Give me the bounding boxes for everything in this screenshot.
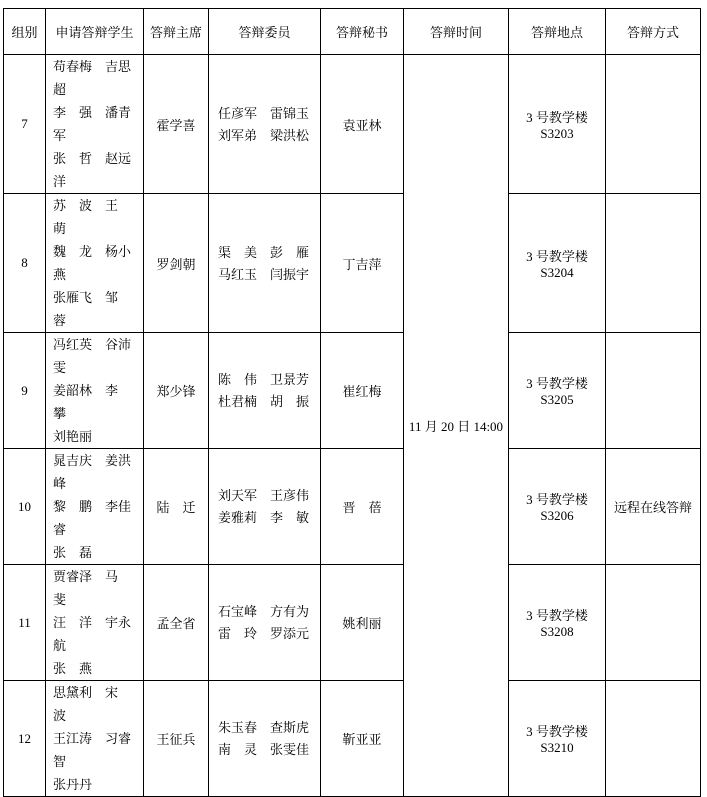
student-line: 冯红英 谷沛雯 — [53, 333, 141, 379]
committee-line: 刘军弟 梁洪松 — [218, 128, 318, 143]
table-row-group-9: 9 冯红英 谷沛雯 姜韶林 李 攀 刘艳丽 郑少锋 陈 伟 卫景芳 杜君楠 胡 … — [4, 333, 701, 449]
students-cell: 贾睿泽 马 斐 汪 洋 宇永航 张 燕 — [46, 565, 144, 681]
student-line: 苟春梅 吉思超 — [53, 55, 141, 101]
student-line: 张丹丹 — [53, 773, 141, 796]
table-row-group-10: 10 晁吉庆 姜洪峰 黎 鹏 李佳睿 张 磊 陆 迁 刘天军 王彦伟 姜雅莉 李… — [4, 449, 701, 565]
group-number: 9 — [4, 333, 46, 449]
student-line: 李 强 潘青军 — [53, 101, 141, 147]
student-line: 苏 波 王 萌 — [53, 194, 141, 240]
secretary-cell: 晋 蓓 — [321, 449, 404, 565]
student-line: 晁吉庆 姜洪峰 — [53, 449, 141, 495]
students-cell: 晁吉庆 姜洪峰 黎 鹏 李佳睿 张 磊 — [46, 449, 144, 565]
student-line: 思黛利 宋 波 — [53, 681, 141, 727]
committee-line: 马红玉 闫振宇 — [218, 267, 318, 282]
student-line: 黎 鹏 李佳睿 — [53, 495, 141, 541]
group-number: 10 — [4, 449, 46, 565]
header-group: 组别 — [4, 9, 46, 55]
method-cell — [606, 565, 701, 681]
committee-line: 南 灵 张雯佳 — [218, 742, 318, 757]
secretary-cell: 丁吉萍 — [321, 194, 404, 333]
table-row-group-12: 12 思黛利 宋 波 王江涛 习睿智 张丹丹 王征兵 朱玉春 查斯虎 南 灵 张… — [4, 681, 701, 797]
committee-cell: 任彦军 雷锦玉 刘军弟 梁洪松 — [209, 55, 321, 194]
header-chair: 答辩主席 — [144, 9, 209, 55]
header-location: 答辩地点 — [509, 9, 606, 55]
table-row-group-11: 11 贾睿泽 马 斐 汪 洋 宇永航 张 燕 孟全省 石宝峰 方有为 雷 玲 罗… — [4, 565, 701, 681]
committee-line: 任彦军 雷锦玉 — [218, 106, 318, 121]
secretary-cell: 靳亚亚 — [321, 681, 404, 797]
committee-line: 刘天军 王彦伟 — [218, 488, 318, 503]
header-time: 答辩时间 — [404, 9, 509, 55]
student-line: 王江涛 习睿智 — [53, 727, 141, 773]
committee-line: 朱玉春 查斯虎 — [218, 720, 318, 735]
header-method: 答辩方式 — [606, 9, 701, 55]
committee-cell: 陈 伟 卫景芳 杜君楠 胡 振 — [209, 333, 321, 449]
committee-line: 石宝峰 方有为 — [218, 604, 318, 619]
committee-line: 渠 美 彭 雁 — [218, 245, 318, 260]
students-cell: 冯红英 谷沛雯 姜韶林 李 攀 刘艳丽 — [46, 333, 144, 449]
header-row: 组别 申请答辩学生 答辩主席 答辩委员 答辩秘书 答辩时间 答辩地点 答辩方式 — [4, 9, 701, 55]
chair-cell: 罗剑朝 — [144, 194, 209, 333]
chair-cell: 郑少锋 — [144, 333, 209, 449]
header-secretary: 答辩秘书 — [321, 9, 404, 55]
committee-line: 陈 伟 卫景芳 — [218, 372, 318, 387]
student-line: 贾睿泽 马 斐 — [53, 565, 141, 611]
method-cell — [606, 333, 701, 449]
students-cell: 苟春梅 吉思超 李 强 潘青军 张 哲 赵远洋 — [46, 55, 144, 194]
header-committee: 答辩委员 — [209, 9, 321, 55]
student-line: 魏 龙 杨小燕 — [53, 240, 141, 286]
location-cell: 3 号教学楼 S3210 — [509, 681, 606, 797]
students-cell: 苏 波 王 萌 魏 龙 杨小燕 张雁飞 邹 蓉 — [46, 194, 144, 333]
student-line: 张 燕 — [53, 657, 141, 680]
group-number: 12 — [4, 681, 46, 797]
students-cell: 思黛利 宋 波 王江涛 习睿智 张丹丹 — [46, 681, 144, 797]
student-line: 汪 洋 宇永航 — [53, 611, 141, 657]
student-line: 张 磊 — [53, 541, 141, 564]
committee-line: 雷 玲 罗添元 — [218, 626, 318, 641]
committee-cell: 渠 美 彭 雁 马红玉 闫振宇 — [209, 194, 321, 333]
defense-schedule-page: 组别 申请答辩学生 答辩主席 答辩委员 答辩秘书 答辩时间 答辩地点 答辩方式 … — [0, 0, 707, 511]
secretary-cell: 姚利丽 — [321, 565, 404, 681]
table-row-group-7: 7 苟春梅 吉思超 李 强 潘青军 张 哲 赵远洋 霍学喜 任彦军 雷锦玉 刘军… — [4, 55, 701, 194]
location-cell: 3 号教学楼 S3205 — [509, 333, 606, 449]
student-line: 姜韶林 李 攀 — [53, 379, 141, 425]
secretary-cell: 袁亚林 — [321, 55, 404, 194]
group-number: 7 — [4, 55, 46, 194]
chair-cell: 孟全省 — [144, 565, 209, 681]
student-line: 张 哲 赵远洋 — [53, 147, 141, 193]
location-cell: 3 号教学楼 S3206 — [509, 449, 606, 565]
chair-cell: 霍学喜 — [144, 55, 209, 194]
committee-cell: 石宝峰 方有为 雷 玲 罗添元 — [209, 565, 321, 681]
method-cell — [606, 55, 701, 194]
committee-cell: 朱玉春 查斯虎 南 灵 张雯佳 — [209, 681, 321, 797]
group-number: 8 — [4, 194, 46, 333]
committee-line: 杜君楠 胡 振 — [218, 394, 318, 409]
location-cell: 3 号教学楼 S3208 — [509, 565, 606, 681]
location-cell: 3 号教学楼 S3203 — [509, 55, 606, 194]
defense-schedule-table: 组别 申请答辩学生 答辩主席 答辩委员 答辩秘书 答辩时间 答辩地点 答辩方式 … — [3, 8, 701, 797]
student-line: 刘艳丽 — [53, 425, 141, 448]
chair-cell: 王征兵 — [144, 681, 209, 797]
table-row-group-8: 8 苏 波 王 萌 魏 龙 杨小燕 张雁飞 邹 蓉 罗剑朝 渠 美 彭 雁 马红… — [4, 194, 701, 333]
chair-cell: 陆 迁 — [144, 449, 209, 565]
method-cell — [606, 681, 701, 797]
group-number: 11 — [4, 565, 46, 681]
time-cell-merged: 11 月 20 日 14:00 — [404, 55, 509, 797]
method-cell: 远程在线答辩 — [606, 449, 701, 565]
method-cell — [606, 194, 701, 333]
header-students: 申请答辩学生 — [46, 9, 144, 55]
committee-line: 姜雅莉 李 敏 — [218, 510, 318, 525]
location-cell: 3 号教学楼 S3204 — [509, 194, 606, 333]
committee-cell: 刘天军 王彦伟 姜雅莉 李 敏 — [209, 449, 321, 565]
secretary-cell: 崔红梅 — [321, 333, 404, 449]
student-line: 张雁飞 邹 蓉 — [53, 286, 141, 332]
